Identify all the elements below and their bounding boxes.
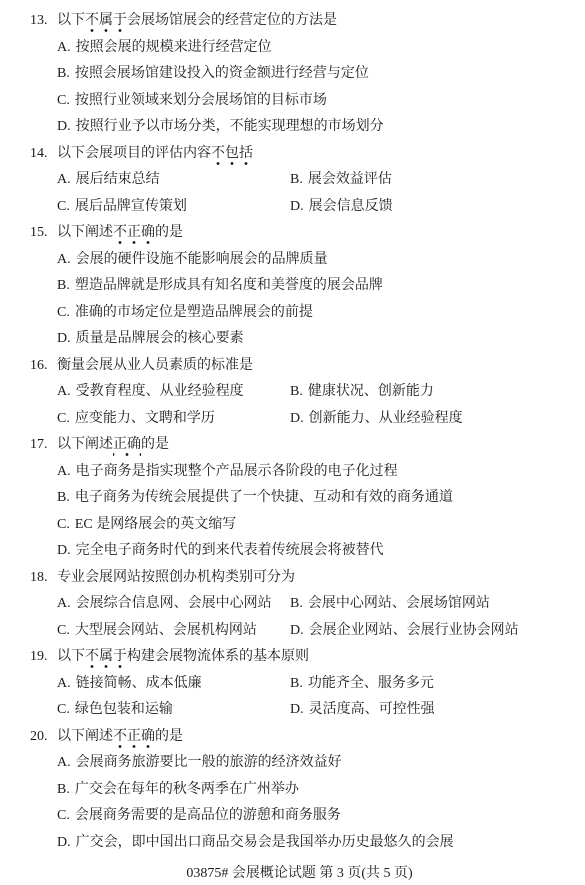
option-label: C. [57,300,70,327]
option-cell: A.会展综合信息网、会展中心网站 [57,591,290,618]
option-label: B. [290,379,303,406]
stem-emphasis: 不正确 [113,225,155,245]
option-row: D.按照行业予以市场分类，不能实现理想的市场划分 [30,114,569,141]
question-17-stem-line: 17. 以下阐述正确的是 [30,432,569,459]
option-row: C.会展商务需要的是高品位的游憩和商务服务 [30,803,569,830]
option-label: C. [57,618,70,645]
stem-text: 构建会展物流体系的基本原则 [127,649,309,664]
stem-text: 以下阐述 [57,225,113,240]
stem-text: 的是 [141,437,169,452]
option-cell: B.功能齐全、服务多元 [290,671,434,698]
option-row: C.按照行业领域来划分会展场馆的目标市场 [30,88,569,115]
question-17: 17. 以下阐述正确的是 A.电子商务是指实现整个产品展示各阶段的电子化过程 B… [30,432,569,565]
question-number: 14. [30,141,57,168]
question-14: 14. 以下会展项目的评估内容不包括 A.展后结束总结 B.展会效益评估 C.展… [30,141,569,221]
option-label: D. [290,194,304,221]
option-label: D. [57,538,71,565]
option-text: 展会效益评估 [308,167,392,194]
stem-emphasis: 不属于 [85,649,127,669]
stem-text: 以下 [57,649,85,664]
option-row: B.广交会在每年的秋冬两季在广州举办 [30,777,569,804]
option-text: 塑造品牌就是形成具有知名度和美誉度的展会品牌 [75,273,383,300]
option-row: A.会展商务旅游要比一般的旅游的经济效益好 [30,750,569,777]
option-text: 大型展会网站、会展机构网站 [75,618,257,645]
option-text: 受教育程度、从业经验程度 [76,379,244,406]
stem-text: 衡量会展从业人员素质的标准是 [57,358,253,373]
question-stem: 以下不属于会展场馆展会的经营定位的方法是 [57,8,569,35]
option-label: A. [57,379,71,406]
question-number: 15. [30,220,57,247]
question-15: 15. 以下阐述不正确的是 A.会展的硬件设施不能影响展会的品牌质量 B.塑造品… [30,220,569,353]
option-text: 电子商务为传统会展提供了一个快捷、互动和有效的商务通道 [75,485,453,512]
option-cell: B.会展中心网站、会展场馆网站 [290,591,490,618]
stem-text: 以下阐述 [57,437,113,452]
option-row: C.应变能力、文聘和学历 D.创新能力、从业经验程度 [30,406,569,433]
stem-emphasis: 不包括 [211,146,253,166]
option-text: 功能齐全、服务多元 [308,671,434,698]
question-13: 13. 以下不属于会展场馆展会的经营定位的方法是 A.按照会展的规模来进行经营定… [30,8,569,141]
option-label: C. [57,512,70,539]
option-label: D. [290,406,304,433]
option-cell: A.链接简畅、成本低廉 [57,671,290,698]
option-label: B. [57,273,70,300]
question-number: 16. [30,353,57,380]
option-row: A.按照会展的规模来进行经营定位 [30,35,569,62]
option-row: A.会展的硬件设施不能影响展会的品牌质量 [30,247,569,274]
option-label: D. [57,326,71,353]
option-text: 会展综合信息网、会展中心网站 [76,591,272,618]
option-row: D.广交会，即中国出口商品交易会是我国举办历史最悠久的会展 [30,830,569,857]
option-label: A. [57,459,71,486]
option-cell: C.大型展会网站、会展机构网站 [57,618,290,645]
question-number: 19. [30,644,57,671]
option-label: C. [57,194,70,221]
option-label: B. [57,485,70,512]
question-15-stem-line: 15. 以下阐述不正确的是 [30,220,569,247]
option-text: EC 是网络展会的英文缩写 [75,512,236,539]
option-text: 会展商务旅游要比一般的旅游的经济效益好 [76,750,342,777]
option-text: 展会信息反馈 [309,194,393,221]
stem-emphasis: 不属于 [85,13,127,33]
option-cell: B.展会效益评估 [290,167,392,194]
question-13-stem-line: 13. 以下不属于会展场馆展会的经营定位的方法是 [30,8,569,35]
stem-emphasis: 不正确 [113,729,155,749]
option-label: D. [57,114,71,141]
option-label: A. [57,671,71,698]
option-label: B. [290,167,303,194]
option-row: C.展后品牌宣传策划 D.展会信息反馈 [30,194,569,221]
option-label: D. [290,697,304,724]
option-text: 按照会展场馆建设投入的资金额进行经营与定位 [75,61,369,88]
option-row: C.绿色包装和运输 D.灵活度高、可控性强 [30,697,569,724]
option-text: 会展企业网站、会展行业协会网站 [309,618,519,645]
question-stem: 以下阐述不正确的是 [57,220,569,247]
option-cell: D.展会信息反馈 [290,194,393,221]
question-16-stem-line: 16. 衡量会展从业人员素质的标准是 [30,353,569,380]
option-text: 完全电子商务时代的到来代表着传统展会将被替代 [76,538,384,565]
option-label: B. [57,61,70,88]
question-number: 17. [30,432,57,459]
option-row: A.链接简畅、成本低廉 B.功能齐全、服务多元 [30,671,569,698]
option-text: 按照会展的规模来进行经营定位 [76,35,272,62]
stem-text: 专业会展网站按照创办机构类别可分为 [57,570,295,585]
option-cell: C.应变能力、文聘和学历 [57,406,290,433]
option-text: 健康状况、创新能力 [308,379,434,406]
option-text: 会展商务需要的是高品位的游憩和商务服务 [75,803,341,830]
option-label: B. [57,777,70,804]
option-text: 按照行业予以市场分类，不能实现理想的市场划分 [76,114,384,141]
option-cell: A.受教育程度、从业经验程度 [57,379,290,406]
stem-emphasis: 正确 [113,437,141,457]
question-19-stem-line: 19. 以下不属于构建会展物流体系的基本原则 [30,644,569,671]
option-label: B. [290,671,303,698]
option-label: A. [57,35,71,62]
option-cell: D.灵活度高、可控性强 [290,697,435,724]
option-row: B.塑造品牌就是形成具有知名度和美誉度的展会品牌 [30,273,569,300]
option-cell: A.展后结束总结 [57,167,290,194]
option-cell: B.健康状况、创新能力 [290,379,434,406]
stem-text: 以下阐述 [57,729,113,744]
option-row: D.质量是品牌展会的核心要素 [30,326,569,353]
option-text: 会展中心网站、会展场馆网站 [308,591,490,618]
stem-text: 会展场馆展会的经营定位的方法是 [127,13,337,28]
option-text: 按照行业领域来划分会展场馆的目标市场 [75,88,327,115]
option-label: D. [57,830,71,857]
option-row: B.按照会展场馆建设投入的资金额进行经营与定位 [30,61,569,88]
stem-text: 以下 [57,13,85,28]
option-row: A.受教育程度、从业经验程度 B.健康状况、创新能力 [30,379,569,406]
stem-text: 的是 [155,729,183,744]
option-label: A. [57,167,71,194]
question-number: 18. [30,565,57,592]
option-text: 创新能力、从业经验程度 [309,406,463,433]
option-text: 广交会，即中国出口商品交易会是我国举办历史最悠久的会展 [76,830,454,857]
exam-page: 13. 以下不属于会展场馆展会的经营定位的方法是 A.按照会展的规模来进行经营定… [0,0,585,885]
option-text: 会展的硬件设施不能影响展会的品牌质量 [76,247,328,274]
option-label: A. [57,247,71,274]
option-row: C.EC 是网络展会的英文缩写 [30,512,569,539]
option-label: C. [57,697,70,724]
question-20: 20. 以下阐述不正确的是 A.会展商务旅游要比一般的旅游的经济效益好 B.广交… [30,724,569,857]
option-row: A.电子商务是指实现整个产品展示各阶段的电子化过程 [30,459,569,486]
question-stem: 以下不属于构建会展物流体系的基本原则 [57,644,569,671]
question-stem: 以下阐述正确的是 [57,432,569,459]
question-stem: 以下阐述不正确的是 [57,724,569,751]
question-20-stem-line: 20. 以下阐述不正确的是 [30,724,569,751]
option-text: 电子商务是指实现整个产品展示各阶段的电子化过程 [76,459,398,486]
option-text: 链接简畅、成本低廉 [76,671,202,698]
question-16: 16. 衡量会展从业人员素质的标准是 A.受教育程度、从业经验程度 B.健康状况… [30,353,569,433]
option-label: D. [290,618,304,645]
option-label: A. [57,750,71,777]
question-stem: 专业会展网站按照创办机构类别可分为 [57,565,569,592]
question-19: 19. 以下不属于构建会展物流体系的基本原则 A.链接简畅、成本低廉 B.功能齐… [30,644,569,724]
option-row: A.会展综合信息网、会展中心网站 B.会展中心网站、会展场馆网站 [30,591,569,618]
option-row: C.准确的市场定位是塑造品牌展会的前提 [30,300,569,327]
question-stem: 衡量会展从业人员素质的标准是 [57,353,569,380]
question-18: 18. 专业会展网站按照创办机构类别可分为 A.会展综合信息网、会展中心网站 B… [30,565,569,645]
option-text: 展后品牌宣传策划 [75,194,187,221]
option-row: B.电子商务为传统会展提供了一个快捷、互动和有效的商务通道 [30,485,569,512]
option-row: C.大型展会网站、会展机构网站 D.会展企业网站、会展行业协会网站 [30,618,569,645]
option-text: 灵活度高、可控性强 [309,697,435,724]
option-label: C. [57,803,70,830]
option-text: 质量是品牌展会的核心要素 [76,326,244,353]
option-cell: C.绿色包装和运输 [57,697,290,724]
option-label: A. [57,591,71,618]
option-label: C. [57,406,70,433]
stem-text: 的是 [155,225,183,240]
option-text: 绿色包装和运输 [75,697,173,724]
option-text: 展后结束总结 [76,167,160,194]
option-cell: C.展后品牌宣传策划 [57,194,290,221]
question-number: 20. [30,724,57,751]
page-footer: 03875# 会展概论试题 第 3 页(共 5 页) [30,861,569,885]
option-cell: D.会展企业网站、会展行业协会网站 [290,618,519,645]
option-text: 广交会在每年的秋冬两季在广州举办 [75,777,299,804]
question-18-stem-line: 18. 专业会展网站按照创办机构类别可分为 [30,565,569,592]
option-row: D.完全电子商务时代的到来代表着传统展会将被替代 [30,538,569,565]
question-stem: 以下会展项目的评估内容不包括 [57,141,569,168]
option-text: 准确的市场定位是塑造品牌展会的前提 [75,300,313,327]
question-14-stem-line: 14. 以下会展项目的评估内容不包括 [30,141,569,168]
option-label: B. [290,591,303,618]
option-row: A.展后结束总结 B.展会效益评估 [30,167,569,194]
option-cell: D.创新能力、从业经验程度 [290,406,463,433]
option-label: C. [57,88,70,115]
question-number: 13. [30,8,57,35]
option-text: 应变能力、文聘和学历 [75,406,215,433]
stem-text: 以下会展项目的评估内容 [57,146,211,161]
